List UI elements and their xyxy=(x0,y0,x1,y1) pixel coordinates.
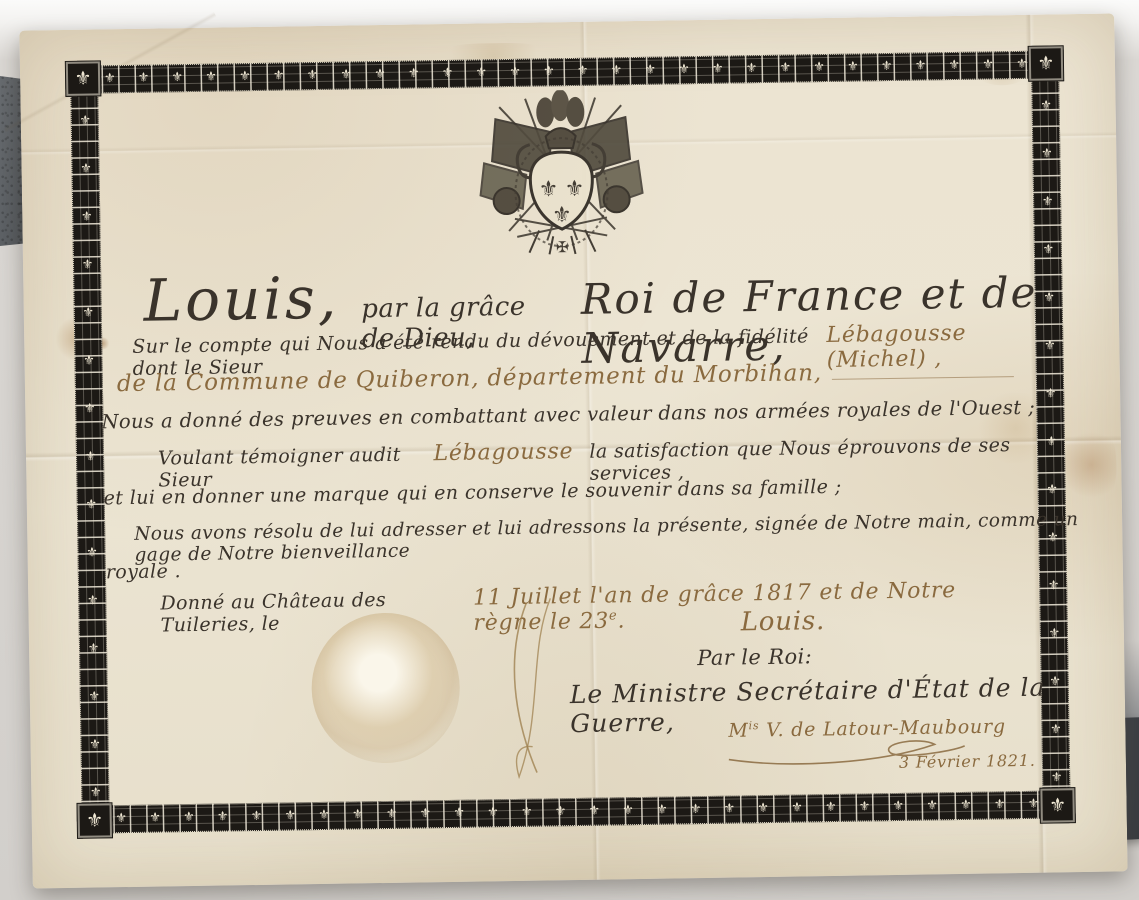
border-corner-fleur-icon: ⚜ xyxy=(65,60,102,97)
order-cross-icon: ✠ xyxy=(555,238,568,256)
svg-text:⚜: ⚜ xyxy=(564,177,584,202)
royal-coat-of-arms-icon: ⚜ ⚜ ⚜ ✠ xyxy=(454,89,667,260)
body-line-3: Nous a donné des preuves en combattant a… xyxy=(101,396,1035,434)
border-corner-fleur-icon: ⚜ xyxy=(76,802,113,839)
photograph-scene: ⚜ ⚜ ⚜ ⚜ ⚜ ⚜ ⚜ ⚜ ⚜ ⚜ ⚜ ⚜ ⚜ ⚜ ⚜ ⚜ ⚜ ⚜ ⚜ ⚜ … xyxy=(0,0,1139,900)
body-line-6: Nous avons résolu de lui adresser et lui… xyxy=(134,508,1123,566)
signature-superscript: is xyxy=(749,719,760,732)
border-band-top: ⚜ ⚜ ⚜ ⚜ ⚜ ⚜ ⚜ ⚜ ⚜ ⚜ ⚜ ⚜ ⚜ ⚜ ⚜ ⚜ ⚜ ⚜ ⚜ ⚜ … xyxy=(70,50,1059,94)
svg-text:⚜: ⚜ xyxy=(538,177,558,202)
pen-flourish-mark xyxy=(486,594,579,785)
body-line-7: royale . xyxy=(106,560,182,583)
border-corner-fleur-icon: ⚜ xyxy=(1039,787,1076,824)
edge-stain xyxy=(1066,421,1117,508)
king-signature: Louis. xyxy=(740,606,825,637)
ordinal-superscript: e xyxy=(609,608,618,623)
border-band-left: ⚜ ⚜ ⚜ ⚜ ⚜ ⚜ ⚜ ⚜ ⚜ ⚜ ⚜ ⚜ ⚜ ⚜ ⚜ ⚜ ⚜ ⚜ ⚜ ⚜ … xyxy=(70,65,110,833)
par-le-roi-label: Par le Roi: xyxy=(697,644,812,670)
date-handwritten-period: . xyxy=(617,609,625,634)
date-line: Donné au Château des Tuileries, le 11 Ju… xyxy=(160,577,1024,641)
svg-text:⚜: ⚜ xyxy=(551,203,571,228)
parchment-document: ⚜ ⚜ ⚜ ⚜ ⚜ ⚜ ⚜ ⚜ ⚜ ⚜ ⚜ ⚜ ⚜ ⚜ ⚜ ⚜ ⚜ ⚜ ⚜ ⚜ … xyxy=(19,13,1127,888)
king-name-script: Louis, xyxy=(143,264,340,335)
border-corner-fleur-icon: ⚜ xyxy=(1028,45,1065,82)
printed-text: Donné au Château des Tuileries, le xyxy=(160,588,461,637)
border-band-bottom: ⚜ ⚜ ⚜ ⚜ ⚜ ⚜ ⚜ ⚜ ⚜ ⚜ ⚜ ⚜ ⚜ ⚜ ⚜ ⚜ ⚜ ⚜ ⚜ ⚜ … xyxy=(82,790,1071,834)
recipient-name-handwritten-2: Lébagousse xyxy=(433,439,573,466)
blank-filler-rule xyxy=(832,376,1014,380)
docket-date-note: 3 Février 1821. xyxy=(899,751,1036,772)
